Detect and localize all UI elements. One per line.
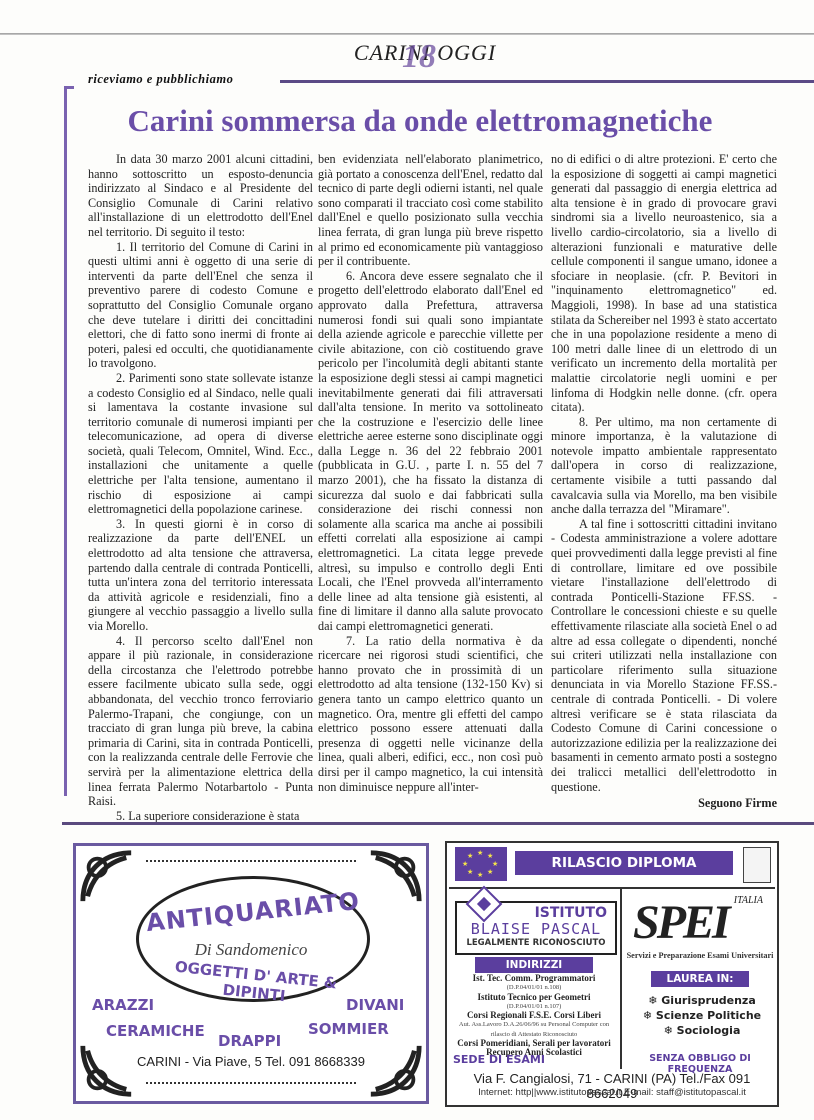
article-paragraph: 7. La ratio della normativa è da ricerca… [318, 634, 543, 795]
article-paragraph: 1. Il territorio del Comune di Carini in… [88, 240, 313, 371]
ad-address: CARINI - Via Piave, 5 Tel. 091 8668339 [121, 1054, 381, 1069]
spei-logo-text: SPEI [633, 895, 728, 950]
degree-label: Sociologia [677, 1024, 741, 1037]
article-paragraph: 3. In questi giorni è in corso di realiz… [88, 517, 313, 634]
ornament-icon [78, 1041, 136, 1099]
ad-item: CERAMICHE [106, 1022, 205, 1040]
article-paragraph: 2. Parimenti sono state sollevate istanz… [88, 371, 313, 517]
article-paragraph: ben evidenziata nell'elaborato planimetr… [318, 152, 543, 269]
article-paragraph: In data 30 marzo 2001 alcuni cittadini, … [88, 152, 313, 240]
bottom-rule [62, 822, 814, 825]
section-rule [280, 80, 814, 83]
article-paragraph: A tal fine i sottoscritti cittadini invi… [551, 517, 777, 794]
degree-label: Giurisprudenza [661, 994, 756, 1007]
degree-item: ❄ Scienze Politiche [627, 1008, 777, 1023]
spei-country: ITALIA [734, 895, 763, 906]
course-title: Corsi Regionali F.S.E. Corsi Liberi [451, 1011, 617, 1020]
degree-list: ❄ Giurisprudenza ❄ Scienze Politiche ❄ S… [627, 993, 777, 1038]
spei-subtitle: Servizi e Preparazione Esami Universitar… [625, 951, 775, 960]
degree-item: ❄ Sociologia [627, 1023, 777, 1038]
top-rule [0, 33, 814, 35]
ad-item: DRAPPI [218, 1032, 281, 1050]
article-paragraph: 4. Il percorso scelto dall'Enel non appa… [88, 634, 313, 809]
ad-istituto: ★★★ ★★★ ★★ RILASCIO DIPLOMA EUROPEO ISTI… [445, 841, 779, 1107]
article-paragraph: 6. Ancora deve essere segnalato che il p… [318, 269, 543, 634]
masthead: CARINI OGGI 18 [350, 40, 500, 74]
sede-label: SEDE DI ESAMI [453, 1053, 545, 1066]
scroll-ornament [146, 1082, 356, 1094]
headline: Carini sommersa da onde elettromagnetich… [80, 103, 760, 139]
divider [620, 889, 622, 1069]
ad-item: DIVANI [346, 996, 404, 1014]
indirizzi-banner: INDIRIZZI SCOLASTICI [475, 957, 593, 973]
article-column-3: no di edifici o di altre protezioni. E' … [551, 152, 777, 811]
article-column-2: ben evidenziata nell'elaborato planimetr… [318, 152, 543, 794]
school-name-line2: BLAISE PASCAL [463, 920, 609, 938]
ad-item: SOMMIER [308, 1020, 389, 1038]
article-paragraph: no di edifici o di altre protezioni. E' … [551, 152, 777, 415]
article-frame-tick [64, 86, 74, 89]
section-label: riceviamo e pubblichiamo [88, 72, 233, 87]
school-logo: ISTITUTO BLAISE PASCAL LEGALMENTE RICONO… [455, 901, 617, 955]
degree-label: Scienze Politiche [656, 1009, 761, 1022]
eu-flag-icon: ★★★ ★★★ ★★ [455, 847, 507, 881]
spei-logo: SPEI ITALIA [633, 895, 763, 947]
course-note: Aut. Ass.Lavoro D.A.26/06/96 su Personal… [451, 1020, 617, 1039]
ad-antiquariato: ANTIQUARIATO Di Sandomenico OGGETTI D' A… [73, 843, 429, 1104]
school-name-line1: ISTITUTO [535, 905, 607, 921]
course-list: Ist. Tec. Comm. Programmatori (D.P.04/01… [451, 974, 617, 1058]
ornament-icon [366, 1041, 424, 1099]
article-frame [64, 86, 67, 796]
signature: Seguono Firme [551, 796, 777, 811]
diploma-banner: RILASCIO DIPLOMA EUROPEO [515, 851, 733, 875]
course-title: Istituto Tecnico per Geometri [451, 993, 617, 1002]
degree-item: ❄ Giurisprudenza [627, 993, 777, 1008]
diamond-logo-icon [466, 886, 503, 923]
article-column-1: In data 30 marzo 2001 alcuni cittadini, … [88, 152, 313, 823]
scroll-ornament [146, 860, 356, 872]
laurea-banner: LAUREA IN: [651, 971, 749, 987]
divider [449, 887, 775, 889]
sicily-crest-icon [743, 847, 771, 883]
ad-item: ARAZZI [92, 996, 154, 1014]
page-number: 18 [402, 38, 436, 76]
article-paragraph: 8. Per ultimo, ma non certamente di mino… [551, 415, 777, 517]
school-name-line3: LEGALMENTE RICONOSCIUTO [461, 938, 611, 948]
course-title: Ist. Tec. Comm. Programmatori [451, 974, 617, 983]
ornament-icon [78, 848, 136, 906]
ad-web: Internet: http||www.istitutopascal.it E-… [447, 1087, 777, 1098]
